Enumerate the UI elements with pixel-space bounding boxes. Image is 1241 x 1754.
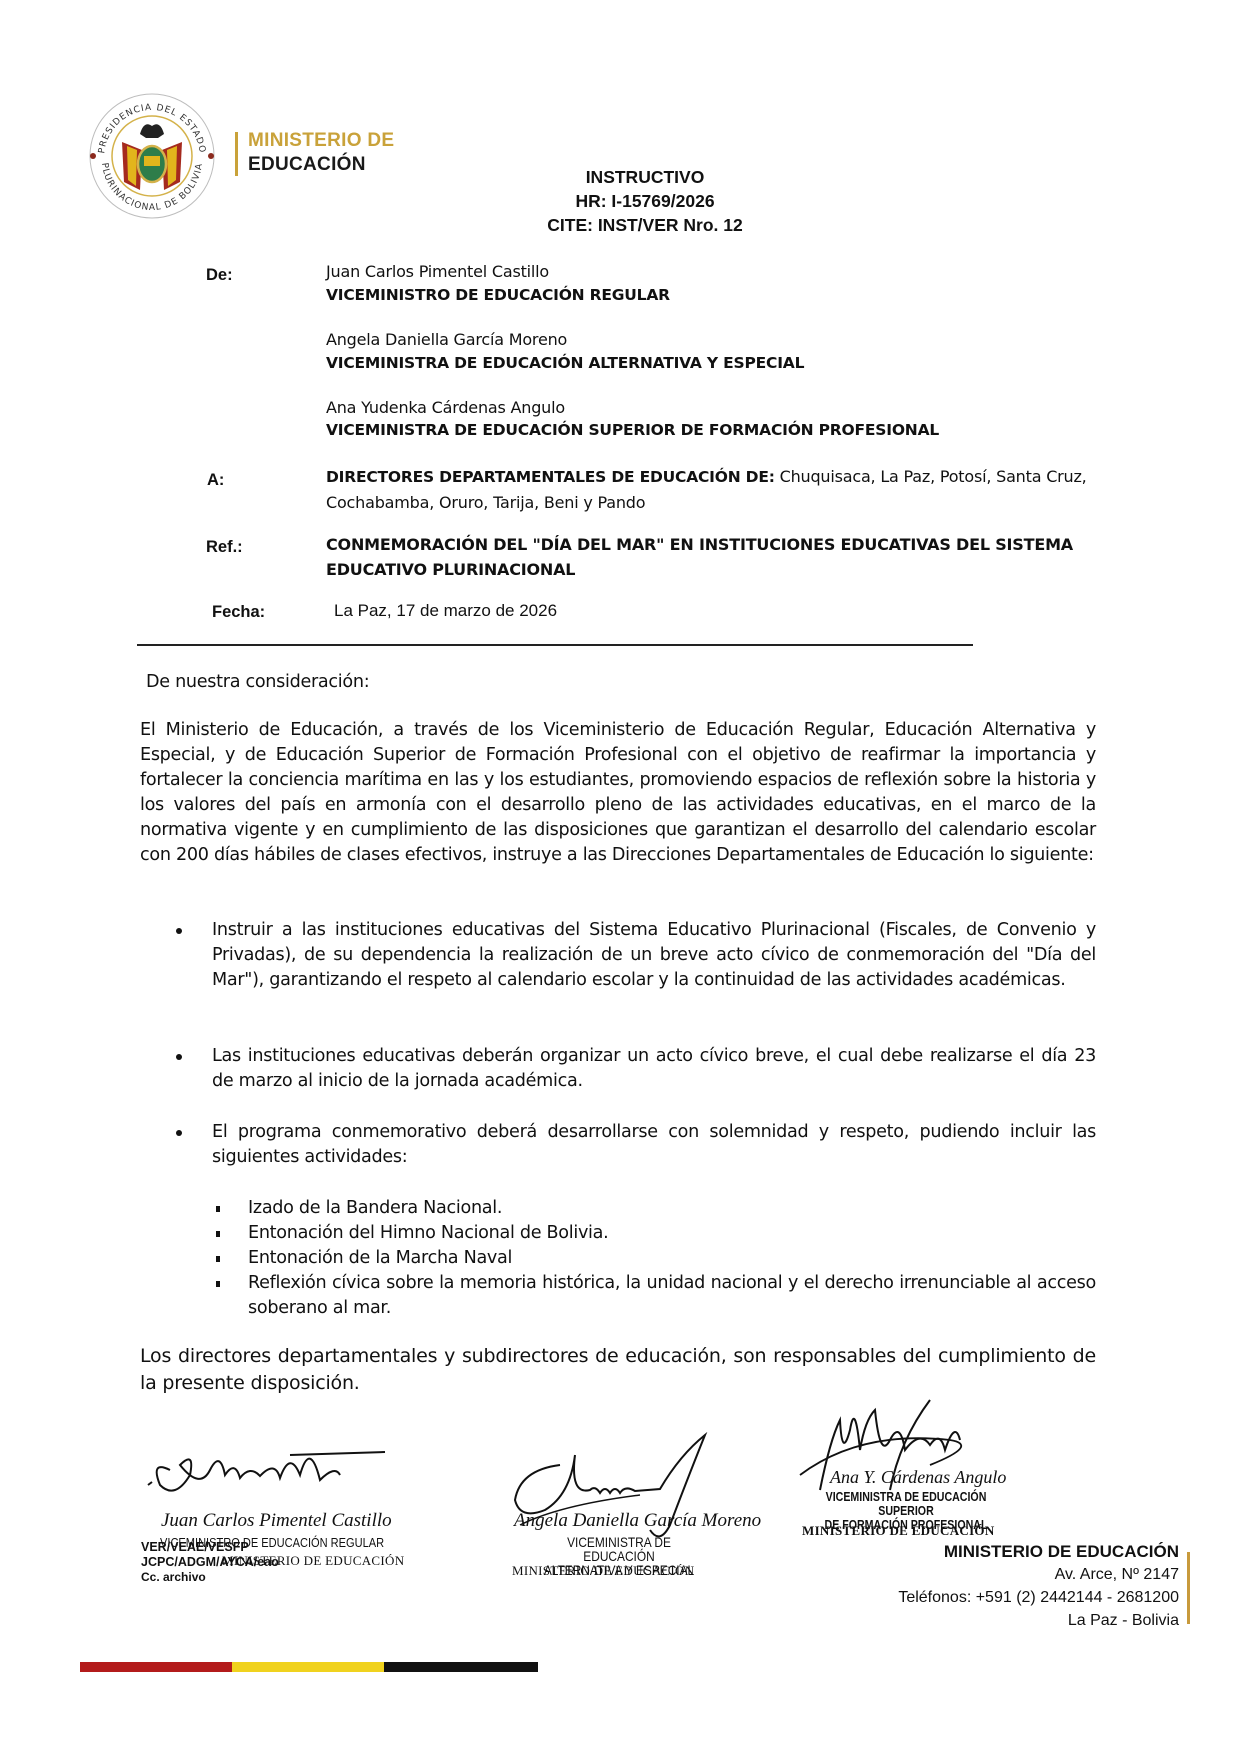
footer-phones: Teléfonos: +591 (2) 2442144 - 2681200 [898, 1589, 1179, 1607]
footer-accent-bar [1187, 1552, 1190, 1624]
recipients-title: DIRECTORES DEPARTAMENTALES DE EDUCACIÓN … [326, 468, 775, 486]
document-type: INSTRUCTIVO [440, 167, 850, 188]
flag-stripe-yellow [232, 1662, 384, 1672]
footer-address: Av. Arce, Nº 2147 [1055, 1566, 1179, 1584]
ministry-logo-line1: MINISTERIO DE [248, 130, 394, 152]
sender-2-title: VICEMINISTRA DE EDUCACIÓN ALTERNATIVA Y … [326, 352, 1096, 374]
sender-2-name: Angela Daniella García Moreno [326, 329, 1096, 351]
intro-paragraph: El Ministerio de Educación, a través de … [140, 718, 1096, 868]
footer-city: La Paz - Bolivia [1068, 1612, 1179, 1630]
flag-stripe-black [384, 1662, 538, 1672]
document-hr: HR: I-15769/2026 [440, 191, 850, 212]
fecha-label: Fecha: [212, 603, 265, 622]
square-bullet [216, 1206, 220, 1212]
square-bullet [216, 1256, 220, 1262]
sender-3-name: Ana Yudenka Cárdenas Angulo [326, 397, 1096, 419]
signature-3-name: Ana Y. Cárdenas Angulo [830, 1467, 1006, 1488]
flag-stripe-red [80, 1662, 232, 1672]
signature-3-ministry: MINISTERIO DE EDUCACIÓN [802, 1523, 995, 1539]
recipients: DIRECTORES DEPARTAMENTALES DE EDUCACIÓN … [326, 464, 1096, 515]
a-label: A: [207, 471, 224, 490]
footer-organization: MINISTERIO DE EDUCACIÓN [944, 1542, 1179, 1562]
de-label: De: [206, 266, 233, 285]
greeting: De nuestra consideración: [146, 672, 369, 692]
document-cite: CITE: INST/VER Nro. 12 [440, 215, 850, 236]
sender-1-title: VICEMINISTRO DE EDUCACIÓN REGULAR [326, 284, 1096, 306]
cc-archive: Cc. archivo [141, 1570, 279, 1585]
ministry-logo-line2: EDUCACIÓN [248, 154, 366, 176]
sender-1-name: Juan Carlos Pimentel Castillo [326, 261, 1096, 283]
reference-subject: CONMEMORACIÓN DEL "DÍA DEL MAR" EN INSTI… [326, 532, 1096, 582]
sender-3-title: VICEMINISTRA DE EDUCACIÓN SUPERIOR DE FO… [326, 419, 1096, 441]
document-date: La Paz, 17 de marzo de 2026 [334, 601, 557, 621]
bullet-dot [176, 1054, 182, 1060]
presidency-seal: PRESIDENCIA DEL ESTADO PLURINACIONAL DE … [82, 90, 222, 220]
signature-2-name: Angela Daniella García Moreno [514, 1510, 761, 1532]
closing-paragraph: Los directores departamentales y subdire… [140, 1343, 1096, 1397]
square-bullet [216, 1281, 220, 1287]
ref-code-1: VER/VEAE/VESFP [141, 1540, 279, 1555]
signature-1-icon [140, 1430, 400, 1510]
logo-divider [235, 132, 238, 176]
signature-2-ministry: MINISTERIO DE EDUCACIÓN [512, 1563, 694, 1579]
reference-codes: VER/VEAE/VESFP JCPC/ADGM/AYCA/eao Cc. ar… [141, 1540, 279, 1585]
header-divider [137, 644, 973, 646]
coat-of-arms-icon: PRESIDENCIA DEL ESTADO PLURINACIONAL DE … [82, 90, 222, 220]
ref-code-2: JCPC/ADGM/AYCA/eao [141, 1555, 279, 1570]
signature-1-name: Juan Carlos Pimentel Castillo [161, 1510, 392, 1532]
ref-label: Ref.: [206, 538, 243, 557]
bullet-dot [176, 1130, 182, 1136]
square-bullet [216, 1231, 220, 1237]
bullet-dot [176, 928, 182, 934]
